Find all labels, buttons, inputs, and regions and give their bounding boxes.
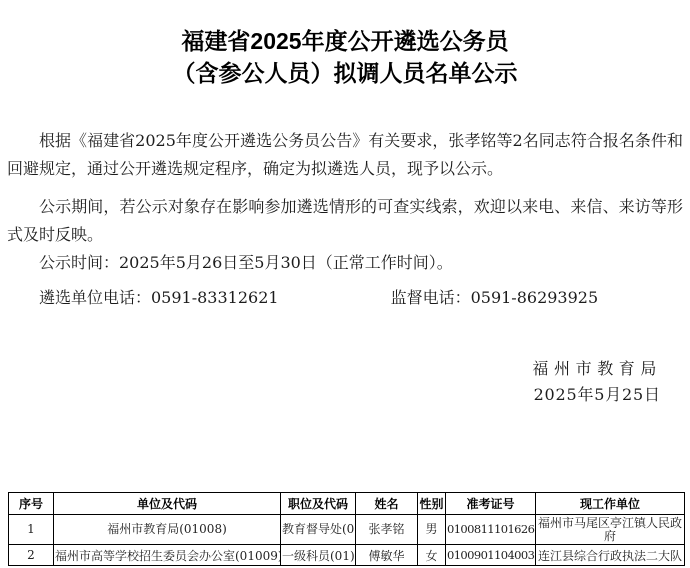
cell-unit-code: 福州市教育局(01008) bbox=[54, 515, 281, 545]
cell-name: 张孝铭 bbox=[356, 515, 418, 545]
page-title-line1: 福建省2025年度公开遴选公务员 bbox=[10, 25, 680, 57]
selection-unit-phone: 遴选单位电话：0591-83312621 bbox=[39, 284, 279, 312]
col-header-current-employer: 现工作单位 bbox=[536, 493, 685, 515]
candidates-table: 序号 单位及代码 职位及代码 姓名 性别 准考证号 现工作单位 1 福州市教育局… bbox=[8, 492, 685, 566]
col-header-name: 姓名 bbox=[356, 493, 418, 515]
table-row: 2 福州市高等学校招生委员会办公室(01009) 一级科员(01) 傅敏华 女 … bbox=[9, 545, 685, 566]
cell-name: 傅敏华 bbox=[356, 545, 418, 566]
cell-ticket-number: 010081110162610 bbox=[446, 515, 536, 545]
page-title: 福建省2025年度公开遴选公务员 （含参公人员）拟调人员名单公示 bbox=[10, 25, 680, 89]
cell-index: 2 bbox=[9, 545, 54, 566]
cell-gender: 男 bbox=[418, 515, 446, 545]
col-header-index: 序号 bbox=[9, 493, 54, 515]
contact-phones: 遴选单位电话：0591-83312621 监督电话：0591-86293925 bbox=[7, 284, 683, 312]
cell-position-code: 教育督导处(01) bbox=[281, 515, 356, 545]
col-header-unit-code: 单位及代码 bbox=[54, 493, 281, 515]
supervision-phone: 监督电话：0591-86293925 bbox=[391, 284, 599, 312]
cell-gender: 女 bbox=[418, 545, 446, 566]
cell-position-code: 一级科员(01) bbox=[281, 545, 356, 566]
cell-current-employer: 福州市马尾区亭江镇人民政府 bbox=[536, 515, 685, 545]
cell-current-employer: 连江县综合行政执法二大队 bbox=[536, 545, 685, 566]
paragraph-publicity-period: 公示时间：2025年5月26日至5月30日（正常工作时间）。 bbox=[7, 249, 683, 277]
col-header-ticket-number: 准考证号 bbox=[446, 493, 536, 515]
col-header-position-code: 职位及代码 bbox=[281, 493, 356, 515]
table-row: 1 福州市教育局(01008) 教育督导处(01) 张孝铭 男 01008111… bbox=[9, 515, 685, 545]
cell-index: 1 bbox=[9, 515, 54, 545]
cell-unit-code: 福州市高等学校招生委员会办公室(01009) bbox=[54, 545, 281, 566]
signature-block: 福州市教育局 2025年5月25日 bbox=[532, 356, 662, 408]
paragraph-basis: 根据《福建省2025年度公开遴选公务员公告》有关要求，张孝铭等2名同志符合报名条… bbox=[7, 127, 683, 183]
cell-ticket-number: 010090110400326 bbox=[446, 545, 536, 566]
issuing-organization: 福州市教育局 bbox=[532, 356, 662, 382]
table-header-row: 序号 单位及代码 职位及代码 姓名 性别 准考证号 现工作单位 bbox=[9, 493, 685, 515]
page-title-line2: （含参公人员）拟调人员名单公示 bbox=[10, 57, 680, 89]
notice-document: 福建省2025年度公开遴选公务员 （含参公人员）拟调人员名单公示 根据《福建省2… bbox=[0, 0, 690, 568]
paragraph-feedback: 公示期间，若公示对象存在影响参加遴选情形的可查实线索，欢迎以来电、来信、来访等形… bbox=[7, 193, 683, 249]
issue-date: 2025年5月25日 bbox=[532, 382, 662, 408]
col-header-gender: 性别 bbox=[418, 493, 446, 515]
notice-body: 根据《福建省2025年度公开遴选公务员公告》有关要求，张孝铭等2名同志符合报名条… bbox=[7, 127, 683, 312]
